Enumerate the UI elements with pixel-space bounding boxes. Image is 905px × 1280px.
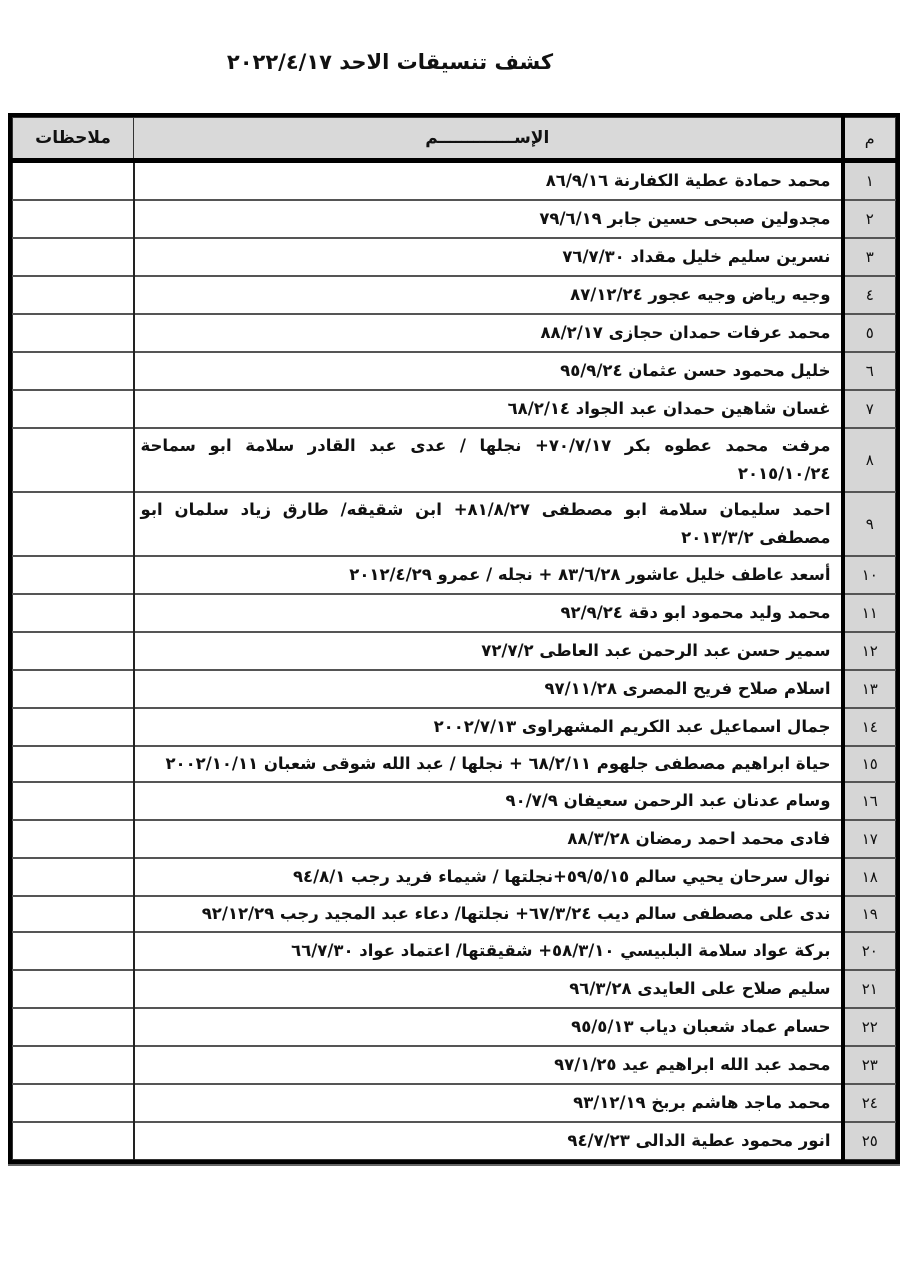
- row-name: وسام عدنان عبد الرحمن سعيفان ٩٠/٧/٩: [134, 782, 843, 820]
- table-row: ٢٣محمد عبد الله ابراهيم عيد ٩٧/١/٢٥: [13, 1046, 896, 1084]
- row-notes: [13, 1122, 134, 1160]
- row-notes: [13, 932, 134, 970]
- row-notes: [13, 632, 134, 670]
- coordination-table-container: م الإســـــــــــــم ملاحظات ١محمد حمادة…: [8, 113, 900, 1164]
- row-number: ١: [843, 161, 896, 201]
- row-notes: [13, 594, 134, 632]
- header-name: الإســـــــــــــم: [134, 118, 843, 161]
- row-name: مرفت محمد عطوه بكر ٧٠/٧/١٧+ نجلها / عدى …: [134, 428, 843, 492]
- row-number: ١٩: [843, 896, 896, 932]
- row-name: وجيه رياض وجيه عجور ٨٧/١٢/٢٤: [134, 276, 843, 314]
- table-row: ٢٢حسام عماد شعبان دياب ٩٥/٥/١٣: [13, 1008, 896, 1046]
- row-number: ٢٢: [843, 1008, 896, 1046]
- table-row: ٦خليل محمود حسن عثمان ٩٥/٩/٢٤: [13, 352, 896, 390]
- table-row: ٢٠بركة عواد سلامة البلبيسي ٥٨/٣/١٠+ شقيق…: [13, 932, 896, 970]
- document-title: كشف تنسيقات الاحد ٢٠٢٢/٤/١٧: [0, 50, 780, 74]
- row-name: سليم صلاح على العايدى ٩٦/٣/٢٨: [134, 970, 843, 1008]
- row-name: ندى على مصطفى سالم ديب ٦٧/٣/٢٤+ نجلتها/ …: [134, 896, 843, 932]
- row-notes: [13, 390, 134, 428]
- table-body: ١محمد حمادة عطية الكفارنة ٨٦/٩/١٦٢مجدولي…: [13, 161, 896, 1160]
- table-row: ١٨نوال سرحان يحيي سالم ٥٩/٥/١٥+نجلتها / …: [13, 858, 896, 896]
- row-number: ١٠: [843, 556, 896, 594]
- row-notes: [13, 238, 134, 276]
- row-name: نوال سرحان يحيي سالم ٥٩/٥/١٥+نجلتها / شي…: [134, 858, 843, 896]
- row-number: ١٦: [843, 782, 896, 820]
- row-number: ١٤: [843, 708, 896, 746]
- row-name: سمير حسن عبد الرحمن عبد العاطى ٧٢/٧/٢: [134, 632, 843, 670]
- row-name: مجدولين صبحى حسين جابر ٧٩/٦/١٩: [134, 200, 843, 238]
- row-number: ١٢: [843, 632, 896, 670]
- row-number: ١٣: [843, 670, 896, 708]
- row-name: انور محمود عطية الدالى ٩٤/٧/٢٣: [134, 1122, 843, 1160]
- table-row: ١٤جمال اسماعيل عبد الكريم المشهراوى ٢٠٠٢…: [13, 708, 896, 746]
- table-row: ٩احمد سليمان سلامة ابو مصطفى ٨١/٨/٢٧+ اب…: [13, 492, 896, 556]
- table-row: ٢مجدولين صبحى حسين جابر ٧٩/٦/١٩: [13, 200, 896, 238]
- table-row: ٨مرفت محمد عطوه بكر ٧٠/٧/١٧+ نجلها / عدى…: [13, 428, 896, 492]
- table-row: ١٢سمير حسن عبد الرحمن عبد العاطى ٧٢/٧/٢: [13, 632, 896, 670]
- row-name: خليل محمود حسن عثمان ٩٥/٩/٢٤: [134, 352, 843, 390]
- table-row: ٥محمد عرفات حمدان حجازى ٨٨/٢/١٧: [13, 314, 896, 352]
- row-notes: [13, 708, 134, 746]
- row-name: اسلام صلاح فريح المصرى ٩٧/١١/٢٨: [134, 670, 843, 708]
- table-row: ١محمد حمادة عطية الكفارنة ٨٦/٩/١٦: [13, 161, 896, 201]
- row-number: ١١: [843, 594, 896, 632]
- row-name: محمد عرفات حمدان حجازى ٨٨/٢/١٧: [134, 314, 843, 352]
- row-number: ٢٠: [843, 932, 896, 970]
- row-notes: [13, 858, 134, 896]
- row-name: محمد عبد الله ابراهيم عيد ٩٧/١/٢٥: [134, 1046, 843, 1084]
- row-name: أسعد عاطف خليل عاشور ٨٣/٦/٢٨ + نجله / عم…: [134, 556, 843, 594]
- table-row: ١٦وسام عدنان عبد الرحمن سعيفان ٩٠/٧/٩: [13, 782, 896, 820]
- row-name: محمد حمادة عطية الكفارنة ٨٦/٩/١٦: [134, 161, 843, 201]
- row-notes: [13, 492, 134, 556]
- row-number: ٢١: [843, 970, 896, 1008]
- row-name: بركة عواد سلامة البلبيسي ٥٨/٣/١٠+ شقيقته…: [134, 932, 843, 970]
- row-number: ٣: [843, 238, 896, 276]
- header-number: م: [843, 118, 896, 161]
- row-notes: [13, 314, 134, 352]
- row-name: جمال اسماعيل عبد الكريم المشهراوى ٢٠٠٢/٧…: [134, 708, 843, 746]
- row-notes: [13, 970, 134, 1008]
- table-row: ٢١سليم صلاح على العايدى ٩٦/٣/٢٨: [13, 970, 896, 1008]
- coordination-table: م الإســـــــــــــم ملاحظات ١محمد حمادة…: [12, 117, 896, 1160]
- row-number: ٩: [843, 492, 896, 556]
- row-notes: [13, 556, 134, 594]
- table-header-row: م الإســـــــــــــم ملاحظات: [13, 118, 896, 161]
- table-row: ١٧فادى محمد احمد رمضان ٨٨/٣/٢٨: [13, 820, 896, 858]
- row-number: ٥: [843, 314, 896, 352]
- row-number: ٧: [843, 390, 896, 428]
- row-number: ١٧: [843, 820, 896, 858]
- table-row: ٢٥انور محمود عطية الدالى ٩٤/٧/٢٣: [13, 1122, 896, 1160]
- row-notes: [13, 1008, 134, 1046]
- row-name: محمد وليد محمود ابو دقة ٩٢/٩/٢٤: [134, 594, 843, 632]
- table-row: ١٠أسعد عاطف خليل عاشور ٨٣/٦/٢٨ + نجله / …: [13, 556, 896, 594]
- header-notes: ملاحظات: [13, 118, 134, 161]
- table-row: ٧غسان شاهين حمدان عبد الجواد ٦٨/٢/١٤: [13, 390, 896, 428]
- row-name: احمد سليمان سلامة ابو مصطفى ٨١/٨/٢٧+ ابن…: [134, 492, 843, 556]
- table-row: ١٥حياة ابراهيم مصطفى جلهوم ٦٨/٢/١١ + نجل…: [13, 746, 896, 782]
- row-number: ٦: [843, 352, 896, 390]
- row-number: ١٥: [843, 746, 896, 782]
- table-row: ٢٤محمد ماجد هاشم بربخ ٩٣/١٢/١٩: [13, 1084, 896, 1122]
- row-name: فادى محمد احمد رمضان ٨٨/٣/٢٨: [134, 820, 843, 858]
- table-row: ٣نسرين سليم خليل مقداد ٧٦/٧/٣٠: [13, 238, 896, 276]
- row-notes: [13, 161, 134, 201]
- row-number: ٨: [843, 428, 896, 492]
- row-name: محمد ماجد هاشم بربخ ٩٣/١٢/١٩: [134, 1084, 843, 1122]
- table-row: ١٩ندى على مصطفى سالم ديب ٦٧/٣/٢٤+ نجلتها…: [13, 896, 896, 932]
- row-number: ١٨: [843, 858, 896, 896]
- row-number: ٢٤: [843, 1084, 896, 1122]
- row-number: ٢٥: [843, 1122, 896, 1160]
- row-name: نسرين سليم خليل مقداد ٧٦/٧/٣٠: [134, 238, 843, 276]
- table-row: ١٣اسلام صلاح فريح المصرى ٩٧/١١/٢٨: [13, 670, 896, 708]
- row-number: ٢: [843, 200, 896, 238]
- table-row: ١١محمد وليد محمود ابو دقة ٩٢/٩/٢٤: [13, 594, 896, 632]
- row-name: غسان شاهين حمدان عبد الجواد ٦٨/٢/١٤: [134, 390, 843, 428]
- row-notes: [13, 782, 134, 820]
- row-name: حياة ابراهيم مصطفى جلهوم ٦٨/٢/١١ + نجلها…: [134, 746, 843, 782]
- row-number: ٢٣: [843, 1046, 896, 1084]
- row-notes: [13, 200, 134, 238]
- row-notes: [13, 670, 134, 708]
- row-notes: [13, 1046, 134, 1084]
- row-notes: [13, 428, 134, 492]
- row-notes: [13, 746, 134, 782]
- row-number: ٤: [843, 276, 896, 314]
- row-notes: [13, 820, 134, 858]
- row-notes: [13, 276, 134, 314]
- row-name: حسام عماد شعبان دياب ٩٥/٥/١٣: [134, 1008, 843, 1046]
- table-row: ٤وجيه رياض وجيه عجور ٨٧/١٢/٢٤: [13, 276, 896, 314]
- row-notes: [13, 1084, 134, 1122]
- row-notes: [13, 896, 134, 932]
- row-notes: [13, 352, 134, 390]
